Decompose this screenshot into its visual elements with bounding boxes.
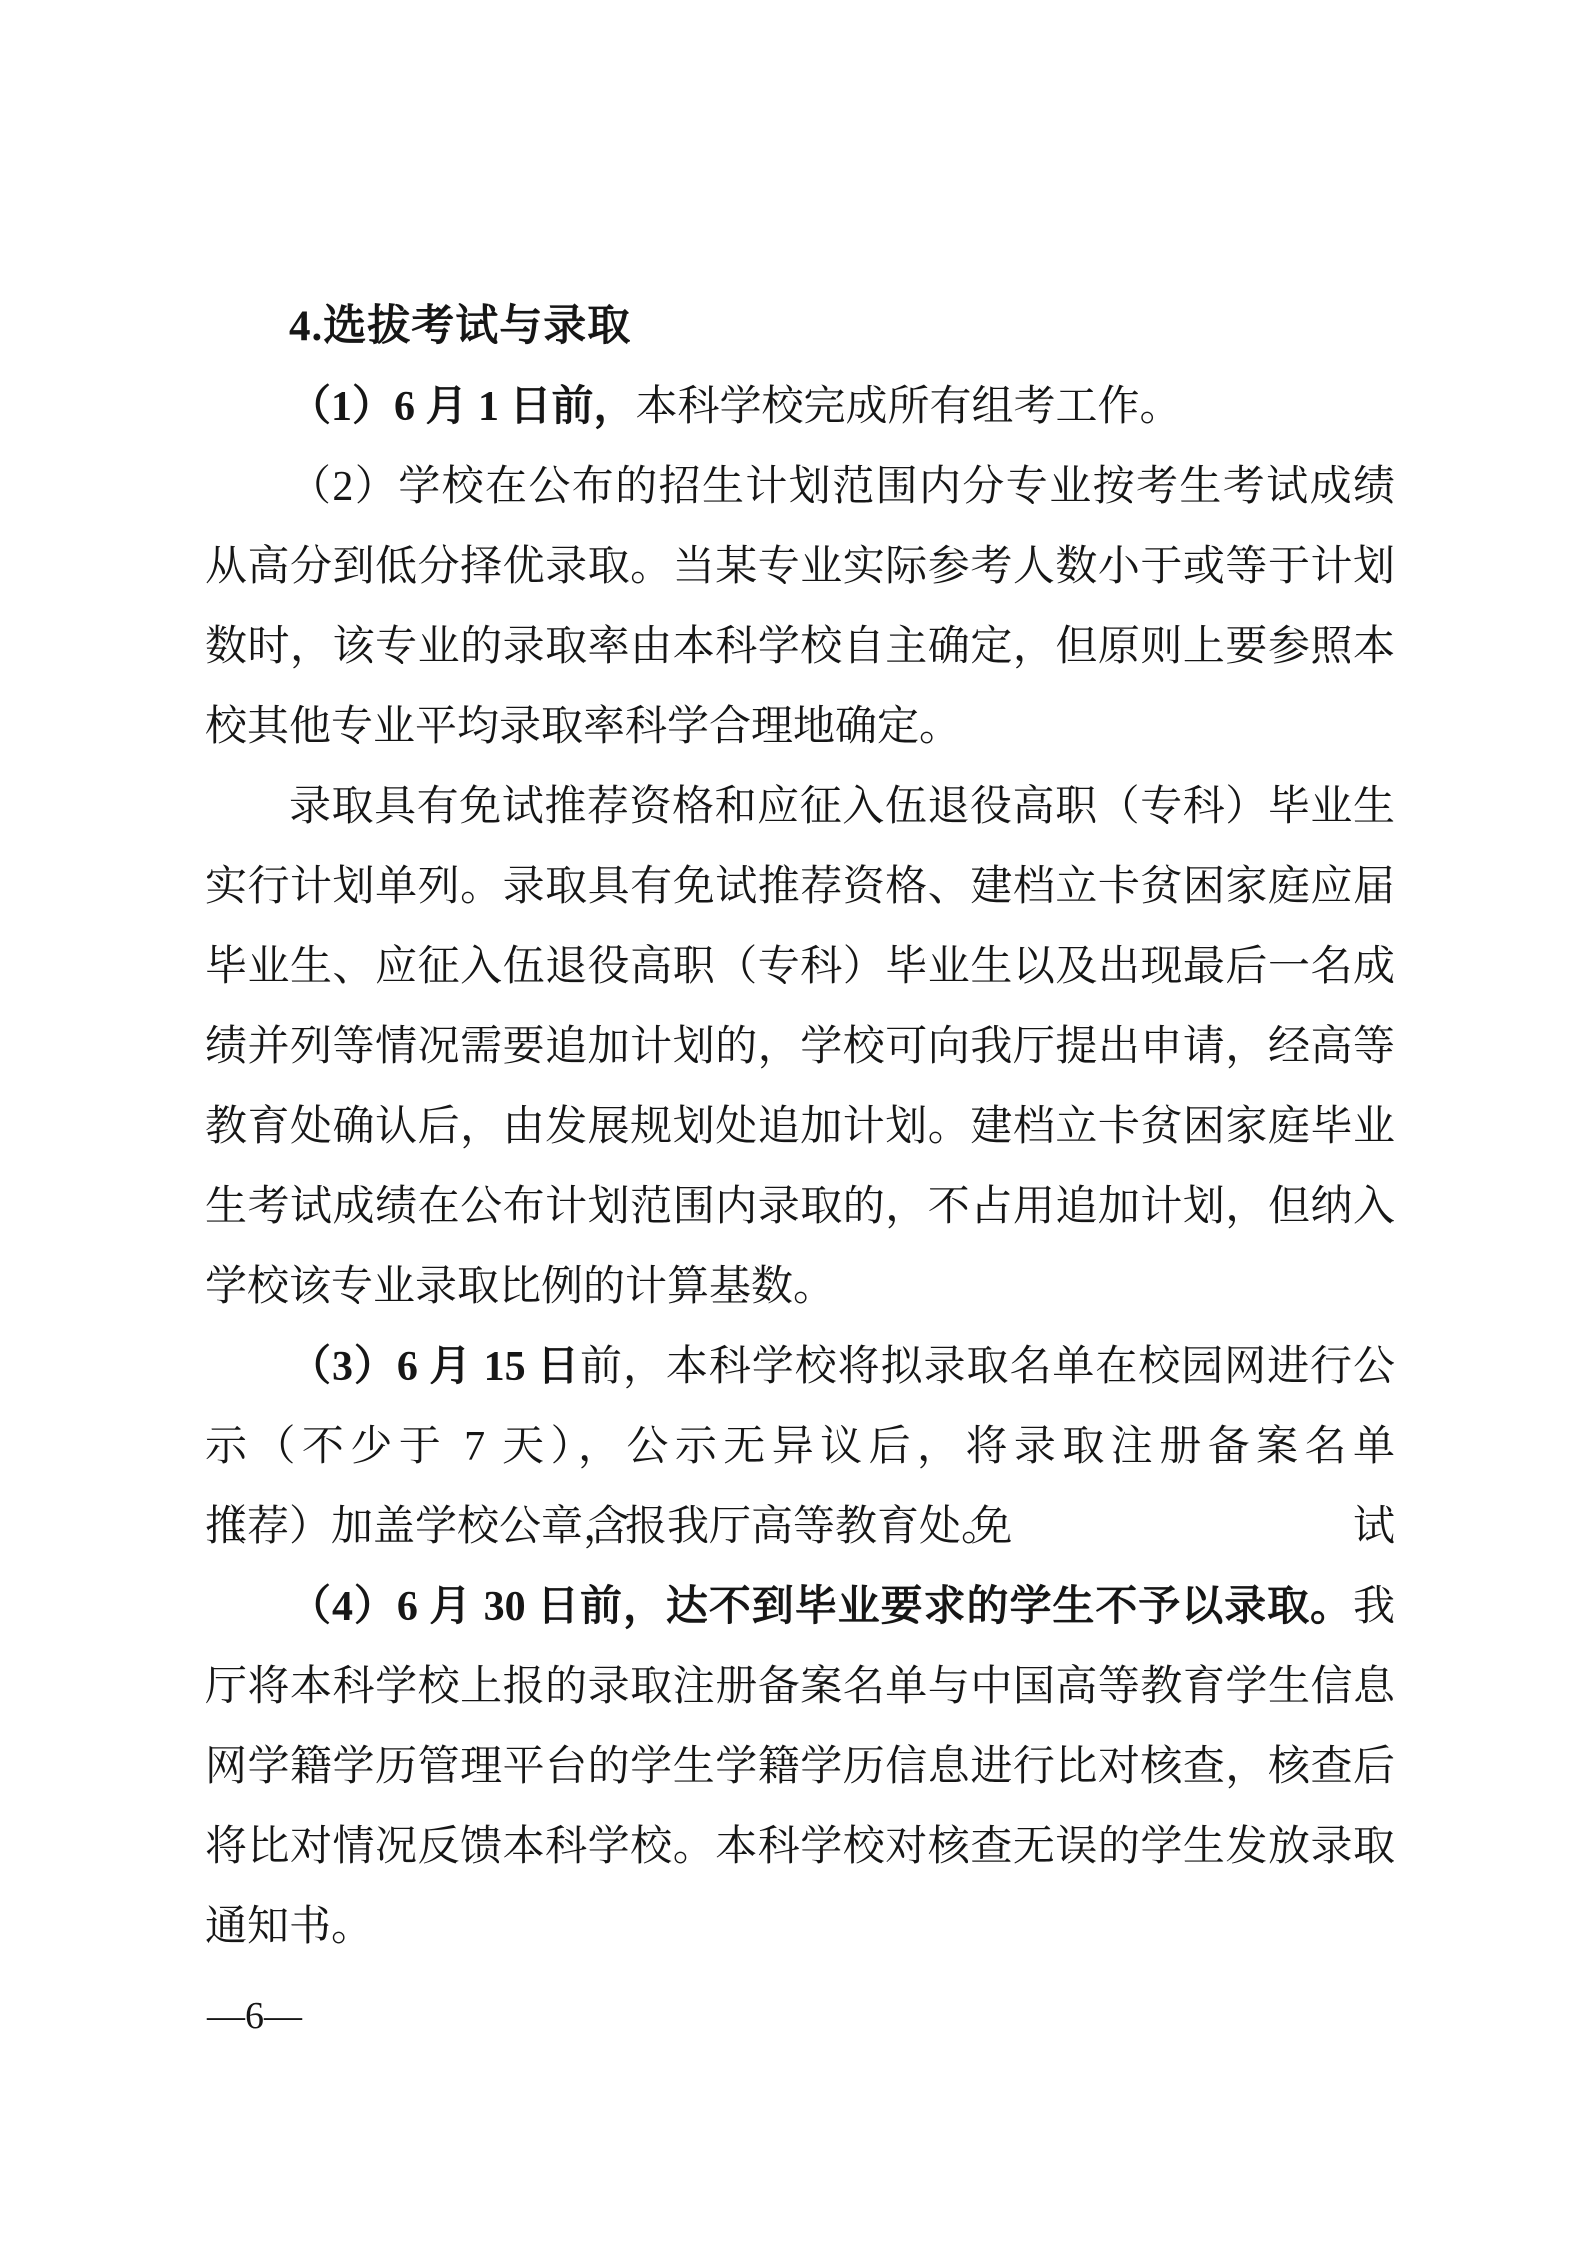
text-segment: （2）学校在公布的招生计划范围内分专业按考生考试成绩	[289, 464, 1395, 510]
text-line: 网学籍学历管理平台的学生学籍学历信息进行比对核查，核查后	[205, 1727, 1395, 1807]
text-segment: 生考试成绩在公布计划范围内录取的，不占用追加计划，但纳入	[205, 1184, 1395, 1230]
text-line: 学校该专业录取比例的计算基数。	[205, 1247, 1395, 1327]
text-segment: 学校该专业录取比例的计算基数。	[205, 1264, 835, 1310]
text-segment: 推荐）加盖学校公章，报我厅高等教育处。	[205, 1504, 1003, 1550]
section-heading: 4.选拔考试与录取	[205, 287, 1395, 367]
text-line: 数时，该专业的录取率由本科学校自主确定，但原则上要参照本	[205, 607, 1395, 687]
text-line: （2）学校在公布的招生计划范围内分专业按考生考试成绩	[205, 447, 1395, 527]
text-line: 教育处确认后，由发展规划处追加计划。建档立卡贫困家庭毕业	[205, 1087, 1395, 1167]
text-line: （4）6 月 30 日前，达不到毕业要求的学生不予以录取。我	[205, 1567, 1395, 1647]
document-page: 4.选拔考试与录取（1）6 月 1 日前，本科学校完成所有组考工作。（2）学校在…	[0, 0, 1587, 2245]
text-segment: 实行计划单列。录取具有免试推荐资格、建档立卡贫困家庭应届	[205, 864, 1395, 910]
text-segment: 绩并列等情况需要追加计划的，学校可向我厅提出申请，经高等	[205, 1024, 1395, 1070]
text-segment: 毕业生、应征入伍退役高职（专科）毕业生以及出现最后一名成	[205, 944, 1395, 990]
text-line: 示（不少于 7 天），公示无异议后，将录取注册备案名单（含免试	[205, 1407, 1395, 1487]
text-line: 将比对情况反馈本科学校。本科学校对核查无误的学生发放录取	[205, 1807, 1395, 1887]
document-body: 4.选拔考试与录取（1）6 月 1 日前，本科学校完成所有组考工作。（2）学校在…	[205, 287, 1395, 1967]
text-segment: 教育处确认后，由发展规划处追加计划。建档立卡贫困家庭毕业	[205, 1104, 1395, 1150]
page-number: —6—	[207, 1992, 302, 2040]
text-segment: （4）6 月 30 日前，达不到毕业要求的学生不予以录取。	[289, 1584, 1353, 1630]
text-segment: 从高分到低分择优录取。当某专业实际参考人数小于或等于计划	[205, 544, 1395, 590]
text-line: （1）6 月 1 日前，本科学校完成所有组考工作。	[205, 367, 1395, 447]
text-line: （3）6 月 15 日前，本科学校将拟录取名单在校园网进行公	[205, 1327, 1395, 1407]
text-segment: 录取具有免试推荐资格和应征入伍退役高职（专科）毕业生	[289, 784, 1395, 830]
text-segment: 数时，该专业的录取率由本科学校自主确定，但原则上要参照本	[205, 624, 1395, 670]
text-line: 毕业生、应征入伍退役高职（专科）毕业生以及出现最后一名成	[205, 927, 1395, 1007]
text-line: 录取具有免试推荐资格和应征入伍退役高职（专科）毕业生	[205, 767, 1395, 847]
text-segment: 厅将本科学校上报的录取注册备案名单与中国高等教育学生信息	[205, 1664, 1395, 1710]
text-line: 实行计划单列。录取具有免试推荐资格、建档立卡贫困家庭应届	[205, 847, 1395, 927]
text-segment: 4.选拔考试与录取	[289, 303, 631, 350]
text-segment: 前，本科学校将拟录取名单在校园网进行公	[580, 1344, 1395, 1390]
text-line: 生考试成绩在公布计划范围内录取的，不占用追加计划，但纳入	[205, 1167, 1395, 1247]
text-line: 通知书。	[205, 1887, 1395, 1967]
text-segment: 校其他专业平均录取率科学合理地确定。	[205, 704, 961, 750]
text-segment: 将比对情况反馈本科学校。本科学校对核查无误的学生发放录取	[205, 1824, 1395, 1870]
text-segment: （1）6 月 1 日前，	[289, 384, 636, 430]
text-line: 从高分到低分择优录取。当某专业实际参考人数小于或等于计划	[205, 527, 1395, 607]
text-line: 绩并列等情况需要追加计划的，学校可向我厅提出申请，经高等	[205, 1007, 1395, 1087]
text-line: 校其他专业平均录取率科学合理地确定。	[205, 687, 1395, 767]
text-segment: 通知书。	[205, 1904, 373, 1950]
text-line: 厅将本科学校上报的录取注册备案名单与中国高等教育学生信息	[205, 1647, 1395, 1727]
text-segment: （3）6 月 15 日	[289, 1344, 580, 1390]
text-segment: 我	[1353, 1584, 1395, 1630]
text-segment: 本科学校完成所有组考工作。	[636, 384, 1182, 430]
text-segment: 网学籍学历管理平台的学生学籍学历信息进行比对核查，核查后	[205, 1744, 1395, 1790]
